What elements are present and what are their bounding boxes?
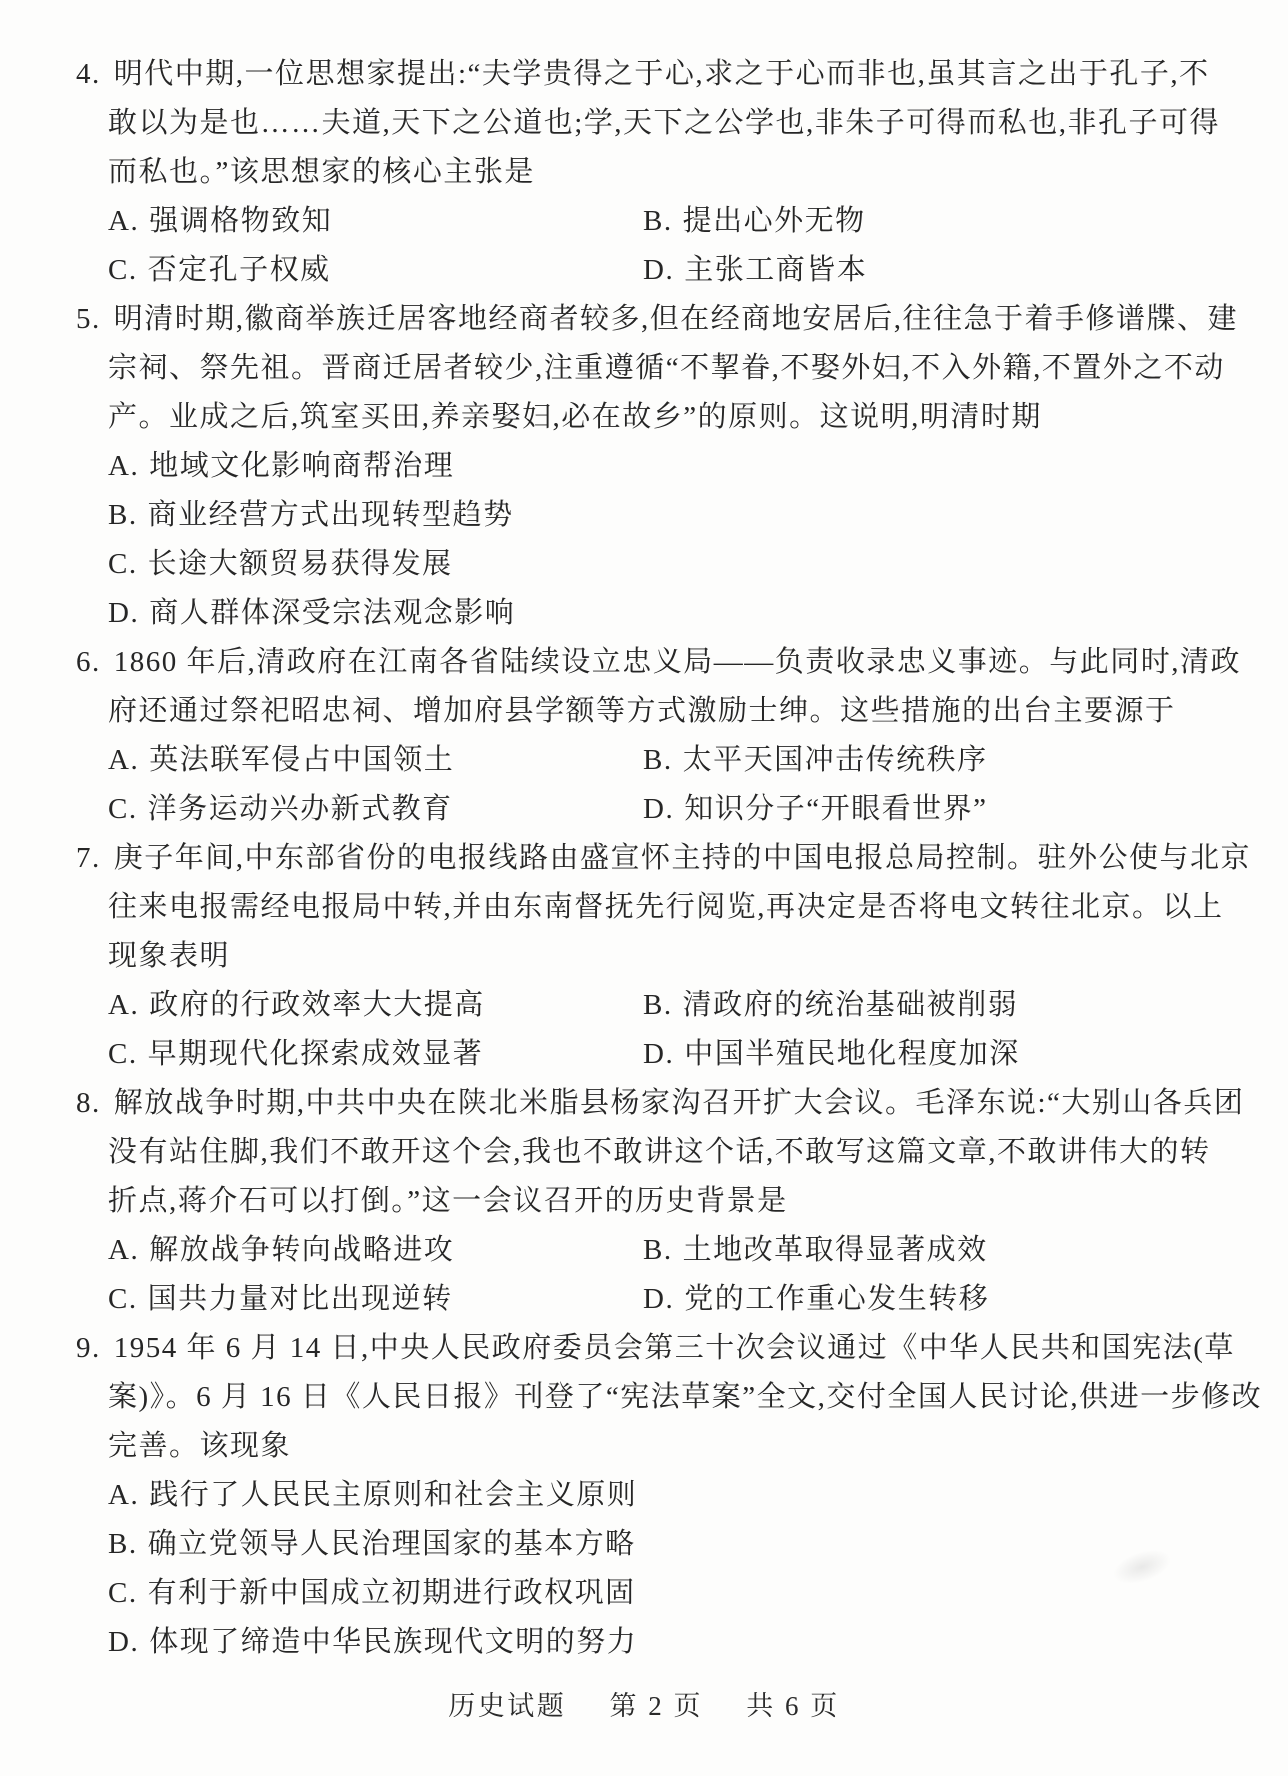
question-4-line-3: 而私也。”该思想家的核心主张是 [0,148,1288,197]
question-6-option-c: C.洋务运动兴办新式教育 [108,785,453,834]
question-7-option-b: B.清政府的统治基础被削弱 [643,981,1018,1030]
question-5-option-a-label: A. [108,450,139,482]
question-4-line-1: 4.明代中期,一位思想家提出:“夫学贵得之于心,求之于心而非也,虽其言之出于孔子… [0,50,1288,99]
question-4-text: 明代中期,一位思想家提出:“夫学贵得之于心,求之于心而非也,虽其言之出于孔子,不 [114,58,1210,90]
question-8-option-b: B.土地改革取得显著成效 [643,1226,988,1275]
question-6-text: 1860 年后,清政府在江南各省陆续设立忠义局——负责收录忠义事迹。与此同时,清… [114,646,1241,678]
question-5-option-b-text: 商业经营方式出现转型趋势 [148,499,514,531]
exam-page: 4.明代中期,一位思想家提出:“夫学贵得之于心,求之于心而非也,虽其言之出于孔子… [0,0,1288,1776]
question-5-option-a-text: 地域文化影响商帮治理 [149,450,454,482]
question-4-option-d-label: D. [643,254,674,286]
question-7-option-a-text: 政府的行政效率大大提高 [149,989,485,1021]
question-6-options-row: A.英法联军侵占中国领土B.太平天国冲击传统秩序 [0,736,1288,785]
question-5-option-c-text: 长途大额贸易获得发展 [148,548,453,580]
question-9-line-3: 完善。该现象 [0,1422,1288,1471]
question-5-option-c-label: C. [108,548,138,580]
question-6-number: 6. [76,638,101,687]
question-7-option-d: D.中国半殖民地化程度加深 [643,1030,1020,1079]
question-6-option-c-label: C. [108,793,138,825]
question-7-option-b-label: B. [643,989,673,1021]
question-9-number: 9. [76,1324,101,1373]
question-5-line-2: 宗祠、祭先祖。晋商迁居者较少,注重遵循“不挈眷,不娶外妇,不入外籍,不置外之不动 [0,344,1288,393]
question-4-option-c: C.否定孔子权威 [108,246,331,295]
questions-area: 4.明代中期,一位思想家提出:“夫学贵得之于心,求之于心而非也,虽其言之出于孔子… [0,50,1288,1667]
question-8-option-c-text: 国共力量对比出现逆转 [148,1283,453,1315]
question-9-option-c: C.有利于新中国成立初期进行政权巩固 [0,1569,1288,1618]
question-7-option-c: C.早期现代化探索成效显著 [108,1030,483,1079]
question-5-option-a: A.地域文化影响商帮治理 [0,442,1288,491]
question-8-option-d-text: 党的工作重心发生转移 [684,1283,989,1315]
question-9-option-d: D.体现了缔造中华民族现代文明的努力 [0,1618,1288,1667]
question-9-line-2: 案)》。6 月 16 日《人民日报》刊登了“宪法草案”全文,交付全国人民讨论,供… [0,1373,1288,1422]
question-6-option-d-label: D. [643,793,674,825]
question-4-number: 4. [76,50,101,99]
question-6-options-row: C.洋务运动兴办新式教育D.知识分子“开眼看世界” [0,785,1288,834]
question-8-options-row: C.国共力量对比出现逆转D.党的工作重心发生转移 [0,1275,1288,1324]
footer-total-pages: 共 6 页 [746,1691,840,1721]
question-8-option-a-label: A. [108,1234,139,1266]
question-8-option-b-text: 土地改革取得显著成效 [683,1234,988,1266]
question-9-option-b-text: 确立党领导人民治理国家的基本方略 [148,1528,636,1560]
question-9-line-1: 9.1954 年 6 月 14 日,中央人民政府委员会第三十次会议通过《中华人民… [0,1324,1288,1373]
question-5-line-1: 5.明清时期,徽商举族迁居客地经商者较多,但在经商地安居后,往往急于着手修谱牒、… [0,295,1288,344]
question-4-option-c-text: 否定孔子权威 [148,254,331,286]
question-7-line-1: 7.庚子年间,中东部省份的电报线路由盛宣怀主持的中国电报总局控制。驻外公使与北京 [0,834,1288,883]
question-6-option-d: D.知识分子“开眼看世界” [643,785,987,834]
question-7-option-c-text: 早期现代化探索成效显著 [148,1038,484,1070]
question-9-option-a-text: 践行了人民民主原则和社会主义原则 [149,1479,637,1511]
question-6-option-c-text: 洋务运动兴办新式教育 [148,793,453,825]
question-4-line-2: 敢以为是也……夫道,天下之公道也;学,天下之公学也,非朱子可得而私也,非孔子可得 [0,99,1288,148]
question-8-option-d: D.党的工作重心发生转移 [643,1275,989,1324]
question-4-options-row: C.否定孔子权威D.主张工商皆本 [0,246,1288,295]
footer-page-number: 第 2 页 [610,1691,704,1721]
question-7-option-d-label: D. [643,1038,674,1070]
question-9-option-a: A.践行了人民民主原则和社会主义原则 [0,1471,1288,1520]
question-4-option-d-text: 主张工商皆本 [684,254,867,286]
question-4-options-row: A.强调格物致知B.提出心外无物 [0,197,1288,246]
question-4-option-d: D.主张工商皆本 [643,246,867,295]
question-8-line-1: 8.解放战争时期,中共中央在陕北米脂县杨家沟召开扩大会议。毛泽东说:“大别山各兵… [0,1079,1288,1128]
question-9-option-b-label: B. [108,1528,138,1560]
question-4-option-a: A.强调格物致知 [108,197,332,246]
question-9-option-c-label: C. [108,1577,138,1609]
question-8-option-a: A.解放战争转向战略进攻 [108,1226,454,1275]
question-5-text: 明清时期,徽商举族迁居客地经商者较多,但在经商地安居后,往往急于着手修谱牒、建 [114,303,1238,335]
question-9-option-d-label: D. [108,1626,139,1658]
question-6-line-2: 府还通过祭祀昭忠祠、增加府县学额等方式激励士绅。这些措施的出台主要源于 [0,687,1288,736]
page-footer: 历史试题 第 2 页 共 6 页 [0,1686,1288,1726]
question-8-line-2: 没有站住脚,我们不敢开这个会,我也不敢讲这个话,不敢写这篇文章,不敢讲伟大的转 [0,1128,1288,1177]
question-7-option-c-label: C. [108,1038,138,1070]
question-8-option-c: C.国共力量对比出现逆转 [108,1275,453,1324]
question-5-option-d-text: 商人群体深受宗法观念影响 [149,597,515,629]
question-4-option-a-label: A. [108,205,139,237]
question-8-options-row: A.解放战争转向战略进攻B.土地改革取得显著成效 [0,1226,1288,1275]
question-8-option-a-text: 解放战争转向战略进攻 [149,1234,454,1266]
question-5-option-b: B.商业经营方式出现转型趋势 [0,491,1288,540]
question-7-option-a-label: A. [108,989,139,1021]
question-6-option-a-label: A. [108,744,139,776]
question-4-option-c-label: C. [108,254,138,286]
question-5-option-d-label: D. [108,597,139,629]
question-8-text: 解放战争时期,中共中央在陕北米脂县杨家沟召开扩大会议。毛泽东说:“大别山各兵团 [114,1087,1245,1119]
question-6-option-b: B.太平天国冲击传统秩序 [643,736,988,785]
question-6-option-b-text: 太平天国冲击传统秩序 [683,744,988,776]
question-9-option-a-label: A. [108,1479,139,1511]
question-8-number: 8. [76,1079,101,1128]
question-9-text: 1954 年 6 月 14 日,中央人民政府委员会第三十次会议通过《中华人民共和… [114,1332,1235,1364]
question-9-option-d-text: 体现了缔造中华民族现代文明的努力 [149,1626,637,1658]
question-9-option-c-text: 有利于新中国成立初期进行政权巩固 [148,1577,636,1609]
question-4-option-b-text: 提出心外无物 [683,205,866,237]
question-5-option-c: C.长途大额贸易获得发展 [0,540,1288,589]
question-4-option-a-text: 强调格物致知 [149,205,332,237]
question-4-option-b: B.提出心外无物 [643,197,866,246]
question-7-options-row: A.政府的行政效率大大提高B.清政府的统治基础被削弱 [0,981,1288,1030]
question-7-line-3: 现象表明 [0,932,1288,981]
question-7-option-a: A.政府的行政效率大大提高 [108,981,485,1030]
question-7-number: 7. [76,834,101,883]
question-6-option-d-text: 知识分子“开眼看世界” [684,793,987,825]
question-6-option-b-label: B. [643,744,673,776]
question-9-option-b: B.确立党领导人民治理国家的基本方略 [0,1520,1288,1569]
question-7-options-row: C.早期现代化探索成效显著D.中国半殖民地化程度加深 [0,1030,1288,1079]
question-7-line-2: 往来电报需经电报局中转,并由东南督抚先行阅览,再决定是否将电文转往北京。以上 [0,883,1288,932]
question-5-option-b-label: B. [108,499,138,531]
question-8-line-3: 折点,蒋介石可以打倒。”这一会议召开的历史背景是 [0,1177,1288,1226]
question-6-option-a: A.英法联军侵占中国领土 [108,736,454,785]
question-5-line-3: 产。业成之后,筑室买田,养亲娶妇,必在故乡”的原则。这说明,明清时期 [0,393,1288,442]
question-7-option-d-text: 中国半殖民地化程度加深 [684,1038,1020,1070]
question-8-option-d-label: D. [643,1283,674,1315]
question-8-option-c-label: C. [108,1283,138,1315]
question-8-option-b-label: B. [643,1234,673,1266]
question-7-text: 庚子年间,中东部省份的电报线路由盛宣怀主持的中国电报总局控制。驻外公使与北京 [114,842,1251,874]
question-5-option-d: D.商人群体深受宗法观念影响 [0,589,1288,638]
question-6-line-1: 6.1860 年后,清政府在江南各省陆续设立忠义局——负责收录忠义事迹。与此同时… [0,638,1288,687]
footer-doc-title: 历史试题 [448,1691,566,1721]
question-6-option-a-text: 英法联军侵占中国领土 [149,744,454,776]
question-4-option-b-label: B. [643,205,673,237]
question-5-number: 5. [76,295,101,344]
question-7-option-b-text: 清政府的统治基础被削弱 [683,989,1019,1021]
